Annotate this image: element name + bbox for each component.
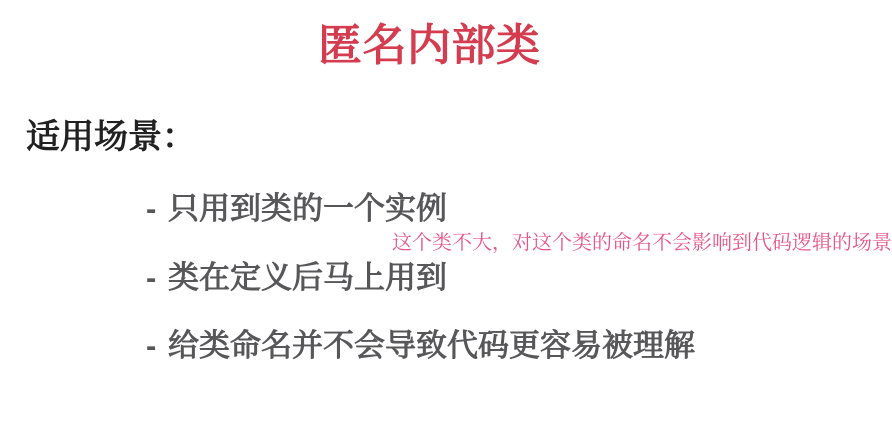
bullet-dash: -: [146, 190, 168, 227]
bullet-text: 只用到类的一个实例: [168, 190, 447, 227]
bullet-dash: -: [146, 259, 168, 296]
annotation-note: 这个类不大，对这个类的命名不会影响到代码逻辑的场景: [392, 230, 892, 256]
bullet-item: - 给类命名并不会导致代码更容易被理解: [146, 327, 695, 364]
slide-title: 匿名内部类: [318, 18, 541, 73]
section-heading: 适用场景：: [26, 115, 196, 161]
bullet-item: - 类在定义后马上用到: [146, 259, 447, 296]
bullet-text: 给类命名并不会导致代码更容易被理解: [168, 327, 695, 364]
slide-canvas: 匿名内部类 适用场景： - 只用到类的一个实例 这个类不大，对这个类的命名不会影…: [0, 0, 892, 436]
bullet-dash: -: [146, 327, 168, 364]
bullet-item: - 只用到类的一个实例: [146, 190, 447, 227]
bullet-text: 类在定义后马上用到: [168, 259, 447, 296]
